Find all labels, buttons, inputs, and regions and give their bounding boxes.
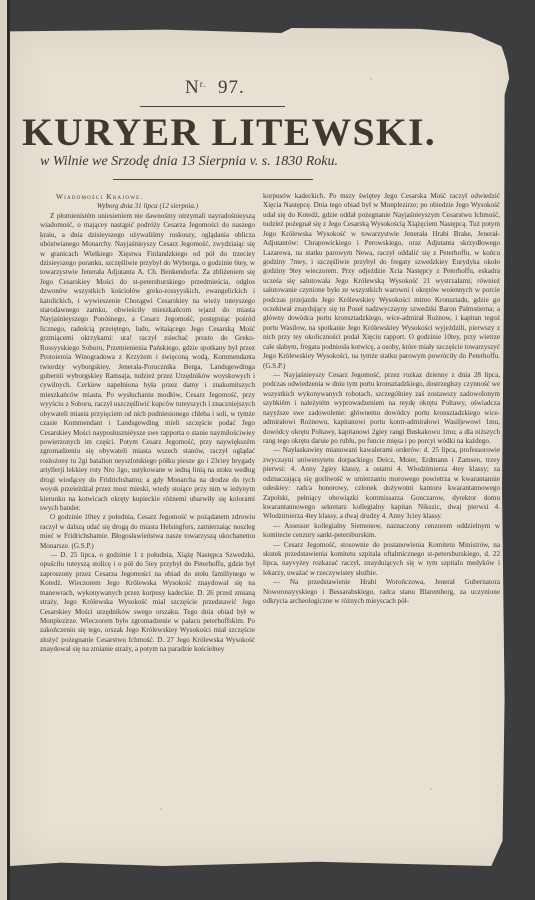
article-paragraph: O godzinie 10tey z południa, Cesarz Jego…	[40, 513, 255, 551]
item-dateline: Wyborg dnia 31 lipca (12 sierpnia.)	[40, 202, 255, 211]
article-paragraph: — D. 25 lipca, o godzinie 1 z południa, …	[40, 551, 255, 655]
binding-edge	[7, 0, 10, 900]
article-paragraph: Z płomienistém uniesieniem nie dawnośmy …	[40, 212, 255, 514]
issue-number-value: 97.	[218, 77, 245, 98]
paper-speck	[160, 808, 162, 810]
article-paragraph: — Assessor kollegialny Siemenow, naznacz…	[263, 522, 500, 541]
binding-strip	[0, 0, 7, 900]
article-paragraph: — Nayłaskawiey mianowani kawalerami orde…	[263, 446, 500, 521]
masthead-rule-bottom	[113, 179, 313, 180]
issue-number: Nr. 97.	[185, 77, 245, 99]
masthead-rule-top	[140, 106, 285, 107]
paper-speck	[370, 78, 372, 80]
dateline: w Wilnie we Srzodę dnia 13 Sierpnia v. s…	[40, 154, 400, 170]
issue-number-sup: r.	[200, 79, 207, 89]
issue-number-prefix: N	[185, 77, 200, 98]
article-paragraph: — Na przedstawienie Hrabi Worończowa, Je…	[263, 578, 500, 606]
article-paragraph: — Nayjaśnieyszy Cesarz Jegomość, przez r…	[263, 371, 500, 446]
newspaper-title: KURYER LITEWSKI.	[22, 110, 410, 155]
paper-speck	[430, 788, 432, 790]
section-heading: Wiadomości Krajowe.	[40, 192, 255, 201]
left-column: Wiadomości Krajowe. Wyborg dnia 31 lipca…	[40, 192, 255, 655]
article-paragraph: korpusów kadeckich. Po mszy świętey Jego…	[263, 192, 500, 371]
article-paragraph: — Cesarz Jegomość, stosownie do postanow…	[263, 541, 500, 579]
right-column: korpusów kadeckich. Po mszy świętey Jego…	[263, 192, 500, 607]
